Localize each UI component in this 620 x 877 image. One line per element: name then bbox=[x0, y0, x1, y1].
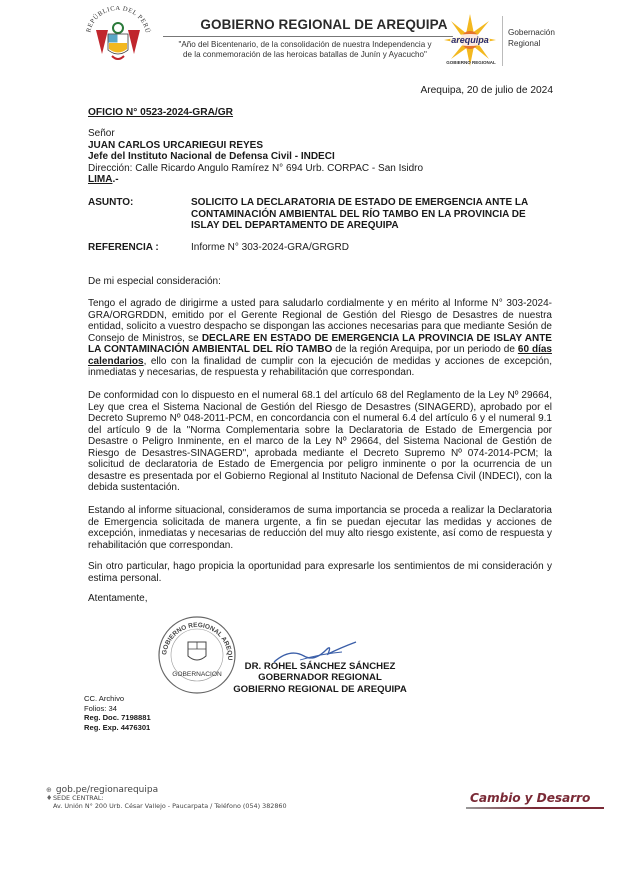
map-pin-icon: ♦ bbox=[46, 795, 53, 803]
globe-icon: ⊕ bbox=[46, 786, 53, 794]
registry-file: Reg. Exp. 4476301 bbox=[84, 723, 151, 733]
logo-divider bbox=[502, 16, 503, 66]
sede-label: SEDE CENTRAL: bbox=[53, 794, 104, 802]
office-name: Gobernación Regional bbox=[508, 28, 555, 49]
signatory-organization: GOBIERNO REGIONAL DE AREQUIPA bbox=[225, 684, 415, 695]
reference-label: REFERENCIA : bbox=[88, 242, 159, 253]
document-number: OFICIO N° 0523-2024-GRA/GR bbox=[88, 107, 233, 118]
addressee-block: Señor JUAN CARLOS URCARIEGUI REYES Jefe … bbox=[88, 128, 423, 186]
office-name-line-2: Regional bbox=[508, 39, 555, 50]
paragraph-urgency: Estando al informe situacional, consider… bbox=[88, 505, 552, 551]
paragraph-1-text-3: , ello con la finalidad de cumplir con l… bbox=[88, 356, 552, 379]
year-motto: "Año del Bicentenario, de la consolidaci… bbox=[160, 40, 450, 60]
slogan-underline bbox=[466, 807, 604, 809]
salutation: Señor bbox=[88, 128, 423, 140]
closing: Atentamente, bbox=[88, 593, 147, 604]
motto-line-2: de la conmemoración de las heroicas bata… bbox=[160, 50, 450, 60]
svg-text:GOBERNACION: GOBERNACION bbox=[172, 671, 222, 678]
sede-address: Av. Unión N° 200 Urb. César Vallejo - Pa… bbox=[46, 803, 287, 811]
reference-text: Informe N° 303-2024-GRA/GRGRD bbox=[191, 242, 349, 253]
place-and-date: Arequipa, 20 de julio de 2024 bbox=[400, 85, 553, 96]
addressee-city: LIMA.- bbox=[88, 174, 423, 186]
city-suffix: .- bbox=[112, 174, 118, 185]
folios-count: Folios: 34 bbox=[84, 704, 151, 714]
subject-label: ASUNTO: bbox=[88, 197, 133, 208]
addressee-address: Dirección: Calle Ricardo Angulo Ramírez … bbox=[88, 163, 423, 175]
signatory-name: DR. ROHEL SÁNCHEZ SÁNCHEZ bbox=[225, 661, 415, 672]
greeting: De mi especial consideración: bbox=[88, 276, 221, 287]
signatory-title: GOBERNADOR REGIONAL bbox=[225, 672, 415, 683]
paragraph-request: Tengo el agrado de dirigirme a usted par… bbox=[88, 298, 552, 379]
peru-coat-of-arms-logo: REPÚBLICA DEL PERÚ bbox=[82, 6, 154, 68]
cc-archive: CC. Archivo bbox=[84, 694, 151, 704]
motto-line-1: "Año del Bicentenario, de la consolidaci… bbox=[160, 40, 450, 50]
paragraph-legal-basis: De conformidad con lo dispuesto en el nu… bbox=[88, 390, 552, 494]
paragraph-farewell: Sin otro particular, hago propicia la op… bbox=[88, 561, 552, 584]
svg-text:arequipa: arequipa bbox=[451, 35, 489, 45]
footer-slogan: Cambio y Desarro bbox=[470, 791, 590, 805]
svg-text:GOBIERNO REGIONAL AREQUIPA: GOBIERNO REGIONAL AREQUIPA bbox=[156, 614, 233, 661]
footer-address: ♦SEDE CENTRAL: Av. Unión N° 200 Urb. Cés… bbox=[46, 795, 287, 810]
office-name-line-1: Gobernación bbox=[508, 28, 555, 39]
organization-title: GOBIERNO REGIONAL DE AREQUIPA bbox=[200, 17, 448, 32]
signatory-block: DR. ROHEL SÁNCHEZ SÁNCHEZ GOBERNADOR REG… bbox=[225, 661, 415, 695]
city-name: LIMA bbox=[88, 174, 112, 185]
svg-text:REPÚBLICA DEL PERÚ: REPÚBLICA DEL PERÚ bbox=[85, 6, 152, 34]
paragraph-1-text-2: de la región Arequipa, por un periodo de bbox=[332, 344, 518, 355]
registry-document: Reg. Doc. 7198881 bbox=[84, 713, 151, 723]
addressee-position: Jefe del Instituto Nacional de Defensa C… bbox=[88, 151, 423, 163]
logo-caption: GOBIERNO REGIONAL bbox=[438, 60, 504, 65]
copies-and-registry: CC. Archivo Folios: 34 Reg. Doc. 7198881… bbox=[84, 694, 151, 732]
subject-text: SOLICITO LA DECLARATORIA DE ESTADO DE EM… bbox=[191, 197, 536, 232]
header-divider bbox=[163, 36, 453, 37]
addressee-name: JUAN CARLOS URCARIEGUI REYES bbox=[88, 140, 423, 152]
